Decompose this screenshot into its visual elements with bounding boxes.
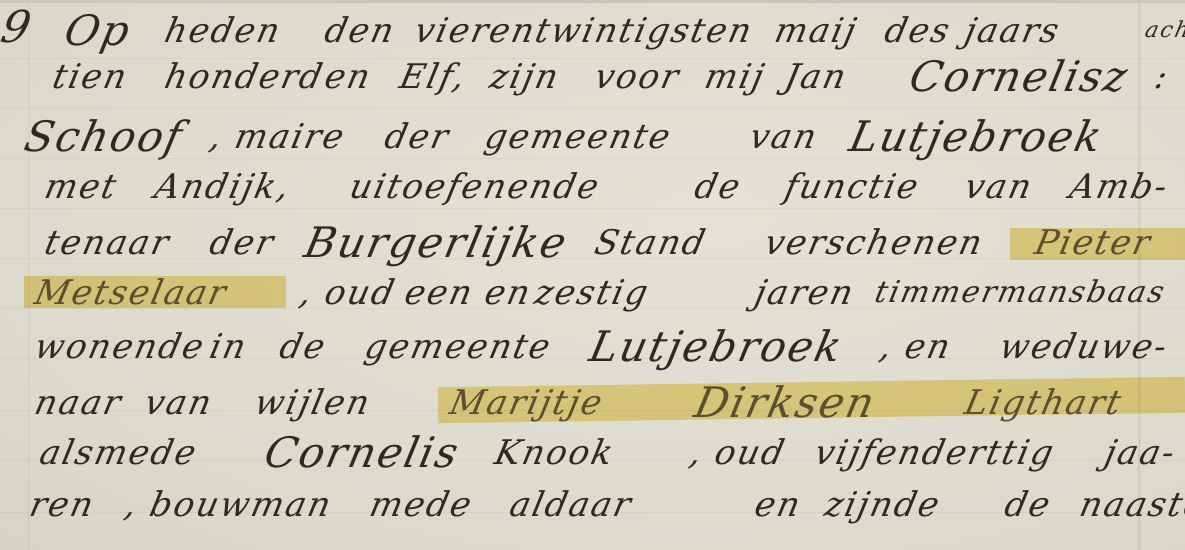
word: Amb- [1065,162,1174,212]
word: den [320,6,400,56]
text-line-2: tien honderd en Elf, zijn voor mij Jan C… [0,52,1185,102]
word: alsmede [35,428,202,478]
word: gemeente [360,322,557,372]
word: jaars [960,6,1065,56]
word: , [120,480,143,530]
word: : [1150,52,1174,102]
word: aldaar [505,480,637,530]
word: heden [160,6,286,56]
highlighted-name-dirksen: Dirksen [690,378,881,428]
word: Elf, [395,52,472,102]
word: der [205,218,280,268]
text-line-8: naar van wijlen Marijtje Dirksen Ligthar… [0,378,1185,428]
word: Andijk, [150,162,296,212]
word: wonende [30,322,210,372]
word: weduwe- [995,322,1173,372]
word: maire [230,112,350,162]
word: bouwman [145,480,337,530]
word: een [400,268,479,318]
word: der [380,112,455,162]
word: tenaar [40,218,175,268]
scan-top-edge [0,0,1185,3]
word: oud [710,428,791,478]
text-line-4: met Andijk, uitoefenende de functie van … [0,162,1185,212]
word: vierentwintigsten [410,6,758,56]
word: oud [320,268,401,318]
word: Schoof [20,112,188,162]
word: , [875,322,898,372]
text-line-7: wonende in de gemeente Lutjebroek , en w… [0,322,1185,372]
word: voor [590,52,685,102]
word: Burgerlijke [300,218,573,268]
word: Cornelisz [905,52,1134,102]
text-line-9: alsmede Cornelis Knook , oud vijfendertt… [0,428,1185,478]
word: jaa- [1100,428,1181,478]
word: in [205,322,252,372]
word: de [690,162,747,212]
word: de [1000,480,1057,530]
highlighted-name-pieter: Pieter [1030,218,1157,268]
word: naar [30,378,127,428]
word: wijlen [250,378,376,428]
text-line-6: Metselaar , oud een en zestig jaren timm… [0,268,1185,318]
highlighted-name-ligthart: Ligthart [960,378,1128,428]
word: en [480,268,537,318]
ruled-line [0,108,1185,109]
word: maij [770,6,863,56]
word: en [750,480,807,530]
word: Stand [590,218,712,268]
word: , [295,268,318,318]
word: met [40,162,123,212]
word: van [140,378,218,428]
word: timmermansbaas [870,268,1171,318]
word: uitoefenende [345,162,605,212]
word: verschenen [760,218,989,268]
word: zijnde [820,480,946,530]
word: Knook [490,428,619,478]
word: van [960,162,1038,212]
text-line-10: ren , bouwman mede aldaar en zijnde de n… [0,480,1185,530]
word: functie [780,162,925,212]
highlighted-name-marijtje: Marijtje [445,378,609,428]
word: naaste [1075,480,1185,530]
text-line-3: Schoof , maire der gemeente van Lutjebro… [0,112,1185,162]
word: ren [25,480,100,530]
word: mede [365,480,478,530]
word: des [880,6,956,56]
word: gemeente [480,112,677,162]
word: tien [48,52,133,102]
word: , [685,428,708,478]
word: , [205,112,228,162]
word: honderd [160,52,329,102]
document-scan: 9 Op heden den vierentwintigsten maij de… [0,0,1185,550]
word: acht [1140,6,1185,56]
word: zijn [485,52,565,102]
word: Lutjebroek [845,112,1108,162]
word: jaren [750,268,860,318]
word: Cornelis [260,428,464,478]
word: zestig [530,268,654,318]
word: vijfenderttig [810,428,1060,478]
text-line-1: Op heden den vierentwintigsten maij des … [0,6,1185,56]
word: van [745,112,823,162]
word: Jan [780,52,852,102]
word: en [900,322,957,372]
word: Lutjebroek [585,322,848,372]
word: Op [60,6,136,56]
highlighted-name-metselaar: Metselaar [30,268,232,318]
word: en [320,52,377,102]
word: de [275,322,332,372]
text-line-5: tenaar der Burgerlijke Stand verschenen … [0,218,1185,268]
word: mij [700,52,770,102]
